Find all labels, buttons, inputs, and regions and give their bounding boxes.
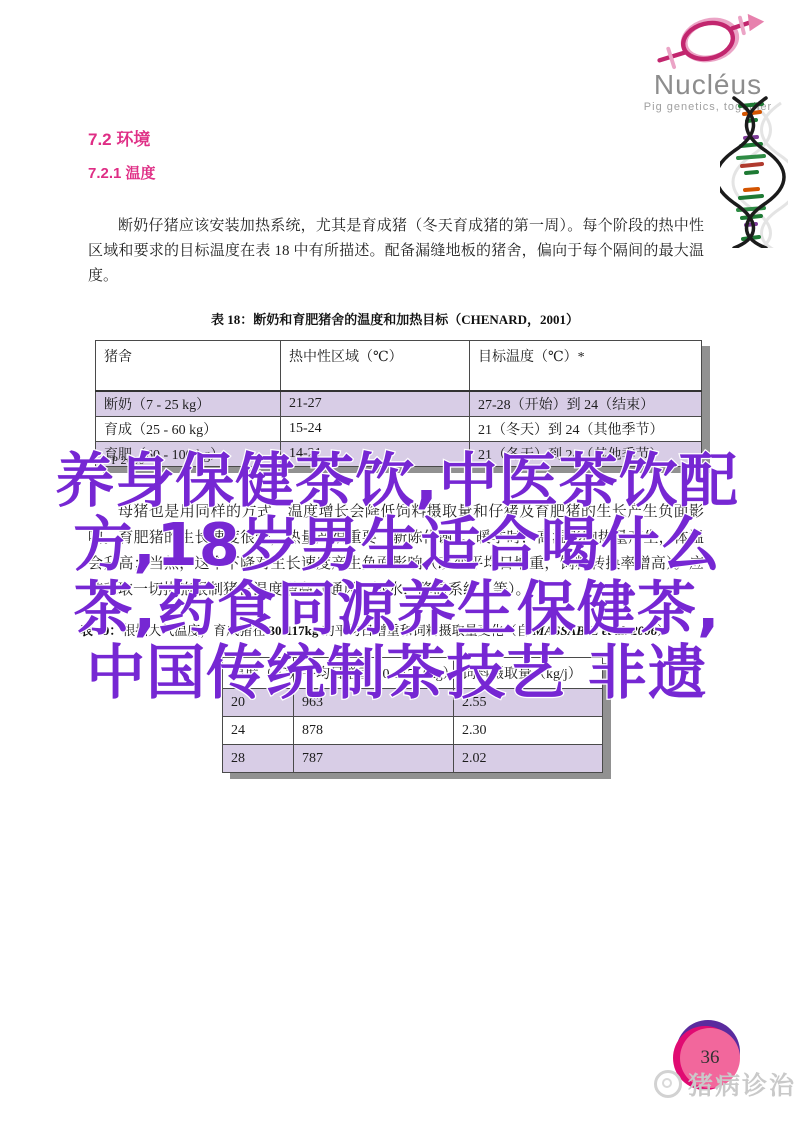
cell: 断奶（7 - 25 kg） <box>96 391 281 417</box>
cell: 育成（25 - 60 kg） <box>96 417 281 442</box>
cell: 20 <box>223 689 294 717</box>
cell: 878 <box>294 717 454 745</box>
table18-caption: 表 18：断奶和育肥猪舍的温度和加热目标（CHENARD，2001） <box>88 309 702 328</box>
cell: 2.30 <box>454 717 603 745</box>
cell: 28 <box>223 745 294 773</box>
cell: 15-24 <box>281 417 470 442</box>
caption-text: 根据大气温度，育成猪在 <box>122 623 268 638</box>
col-header: 热中性区域（℃） <box>281 341 470 392</box>
cell: 963 <box>294 689 454 717</box>
site-watermark: 猪病诊治 <box>654 1066 794 1102</box>
cell: 787 <box>294 745 454 773</box>
gender-symbol-icon <box>649 8 767 70</box>
col-header: 猪舍 <box>96 341 281 392</box>
dna-helix-image <box>720 96 788 248</box>
col-header: 温度（℃） <box>223 658 294 689</box>
col-header: 平均日增重 30-117（kg） <box>294 658 454 689</box>
watermark-text: 猪病诊治 <box>688 1066 794 1102</box>
table-header-row: 温度（℃） 平均日增重 30-117（kg） 饲料摄取量（kg/j） <box>223 658 603 689</box>
caption-bold: 30-117kg <box>269 623 319 638</box>
col-header: 目标温度（℃）* <box>470 341 702 392</box>
table-row: 育成（25 - 60 kg） 15-24 21（冬天）到 24（其他季节） <box>96 417 702 442</box>
caption-label: 表 19： <box>80 623 122 638</box>
table-19-adg-feed-intake: 温度（℃） 平均日增重 30-117（kg） 饲料摄取量（kg/j） 20 96… <box>222 657 603 773</box>
paragraph-weaning-heating: 断奶仔猪应该安装加热系统，尤其是育成猪（冬天育成猪的第一周）。每个阶段的热中性区… <box>88 214 704 289</box>
watermark-logo-icon <box>654 1070 682 1098</box>
cell: 21-27 <box>281 391 470 417</box>
table-18-temperature-targets: 猪舍 热中性区域（℃） 目标温度（℃）* 断奶（7 - 25 kg） 21-27… <box>95 340 702 467</box>
paragraph-heat-effects: 母猪也是用同样的方式，温度增长会降低饲料摄取量和仔猪及育肥猪的生长产生负面影响。… <box>88 499 704 603</box>
cell: 21（冬天）到 24（其他季节） <box>470 417 702 442</box>
table-row: 断奶（7 - 25 kg） 21-27 27-28（开始）到 24（结束） <box>96 391 702 417</box>
table-row: 20 963 2.55 <box>223 689 603 717</box>
table-row: 24 878 2.30 <box>223 717 603 745</box>
table18-footnote: * ITP 2000 <box>91 453 145 468</box>
cell: 2.02 <box>454 745 603 773</box>
cell: 2.55 <box>454 689 603 717</box>
table19-caption: 表 19：根据大气温度，育成猪在 30-117kg 的平均日增重和饲料摄取量变化… <box>80 620 720 639</box>
caption-text: 的平均日增重和饲料摄取量变化（自 <box>318 623 533 638</box>
document-page: Nucléus Pig genetics, together <box>0 0 794 1123</box>
col-header: 饲料摄取量（kg/j） <box>454 658 603 689</box>
table-row: 育肥（60 - 100 kg） 14-21 21（冬天）到 24（其他季节） <box>96 442 702 467</box>
cell: 24 <box>223 717 294 745</box>
section-heading: 7.2 环境 <box>88 125 150 150</box>
table-header-row: 猪舍 热中性区域（℃） 目标温度（℃）* <box>96 341 702 392</box>
caption-reference: MASSABIE et al. 2006 <box>533 623 657 638</box>
cell: 27-28（开始）到 24（结束） <box>470 391 702 417</box>
table-row: 28 787 2.02 <box>223 745 603 773</box>
subsection-heading: 7.2.1 温度 <box>88 162 156 183</box>
cell: 21（冬天）到 24（其他季节） <box>470 442 702 467</box>
cell: 14-21 <box>281 442 470 467</box>
caption-text: ） <box>657 623 670 638</box>
